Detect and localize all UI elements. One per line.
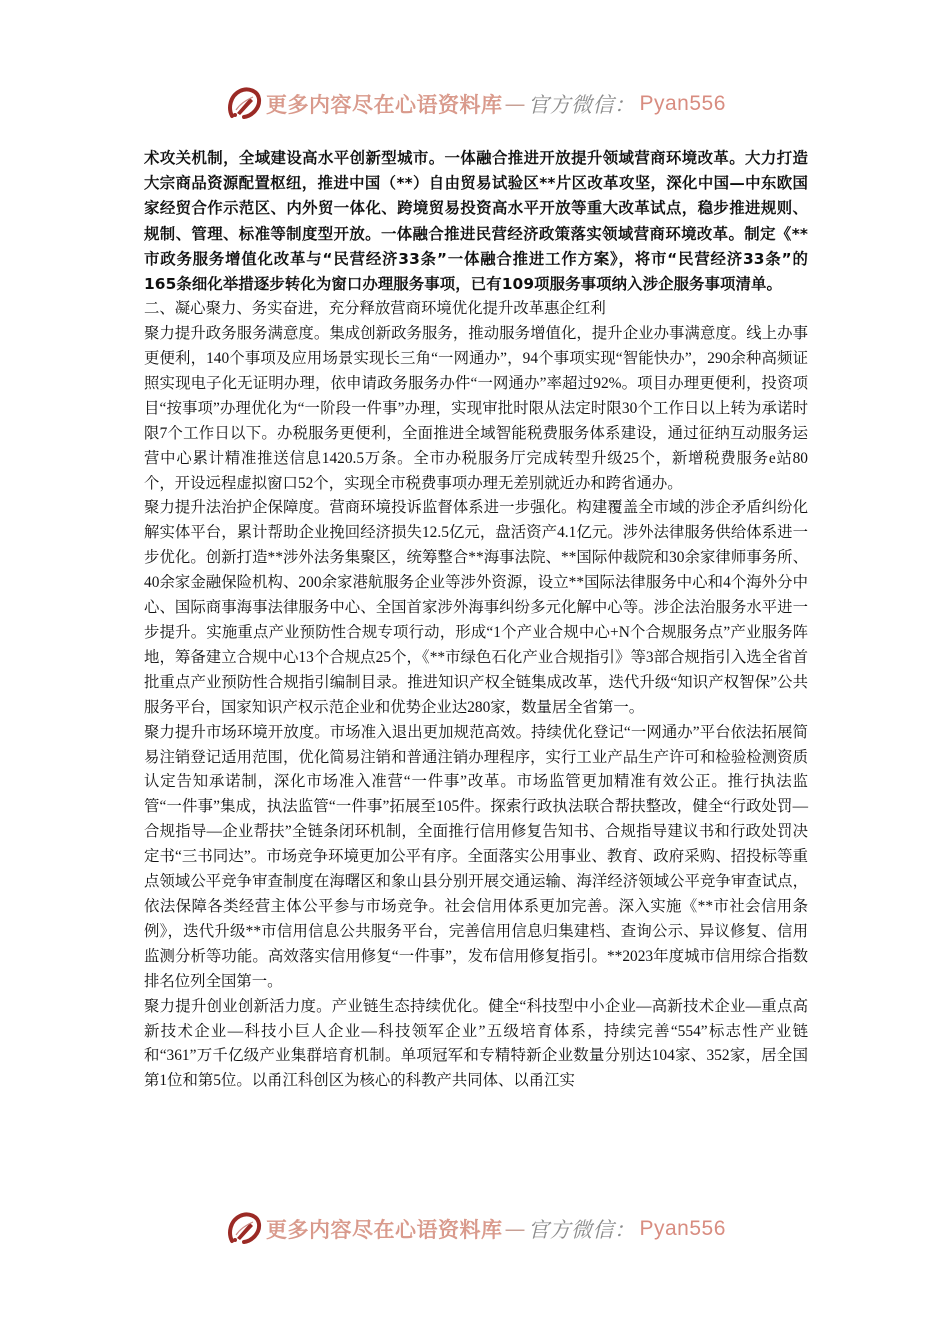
quill-pen-logo-icon [226, 86, 262, 122]
paragraph-rule-of-law: 聚力提升法治护企保障度。营商环境投诉监督体系进一步强化。构建覆盖全市域的涉企矛盾… [144, 496, 808, 720]
footer-watermark: 更多内容尽在心语资料库 — 官方微信： Pyan556 [226, 1209, 726, 1249]
quill-pen-logo-icon [226, 1211, 262, 1247]
watermark-wechat-label: 官方微信： [528, 1214, 636, 1244]
paragraph-market-environment: 聚力提升市场环境开放度。市场准入退出更加规范高效。持续优化登记“一网通办”平台依… [144, 721, 808, 995]
watermark-dash: — [505, 1217, 527, 1241]
paragraph-innovation: 聚力提升创业创新活力度。产业链生态持续优化。健全“科技型中小企业—高新技术企业—… [144, 995, 808, 1095]
watermark-site-text: 更多内容尽在心语资料库 [266, 1214, 503, 1244]
header-watermark: 更多内容尽在心语资料库 — 官方微信： Pyan556 [226, 84, 726, 124]
watermark-wechat-label: 官方微信： [528, 89, 636, 119]
document-body: 术攻关机制，全域建设高水平创新型城市。一体融合推进开放提升领域营商环境改革。大力… [144, 146, 808, 1094]
watermark-wechat-id: Pyan556 [640, 92, 726, 116]
watermark-dash: — [505, 92, 527, 116]
watermark-wechat-id: Pyan556 [640, 1217, 726, 1241]
intro-paragraph: 术攻关机制，全域建设高水平创新型城市。一体融合推进开放提升领域营商环境改革。大力… [144, 146, 808, 297]
watermark-site-text: 更多内容尽在心语资料库 [266, 89, 503, 119]
paragraph-government-services: 聚力提升政务服务满意度。集成创新政务服务，推动服务增值化，提升企业办事满意度。线… [144, 322, 808, 496]
section-heading: 二、凝心聚力、务实奋进，充分释放营商环境优化提升改革惠企红利 [144, 297, 808, 322]
